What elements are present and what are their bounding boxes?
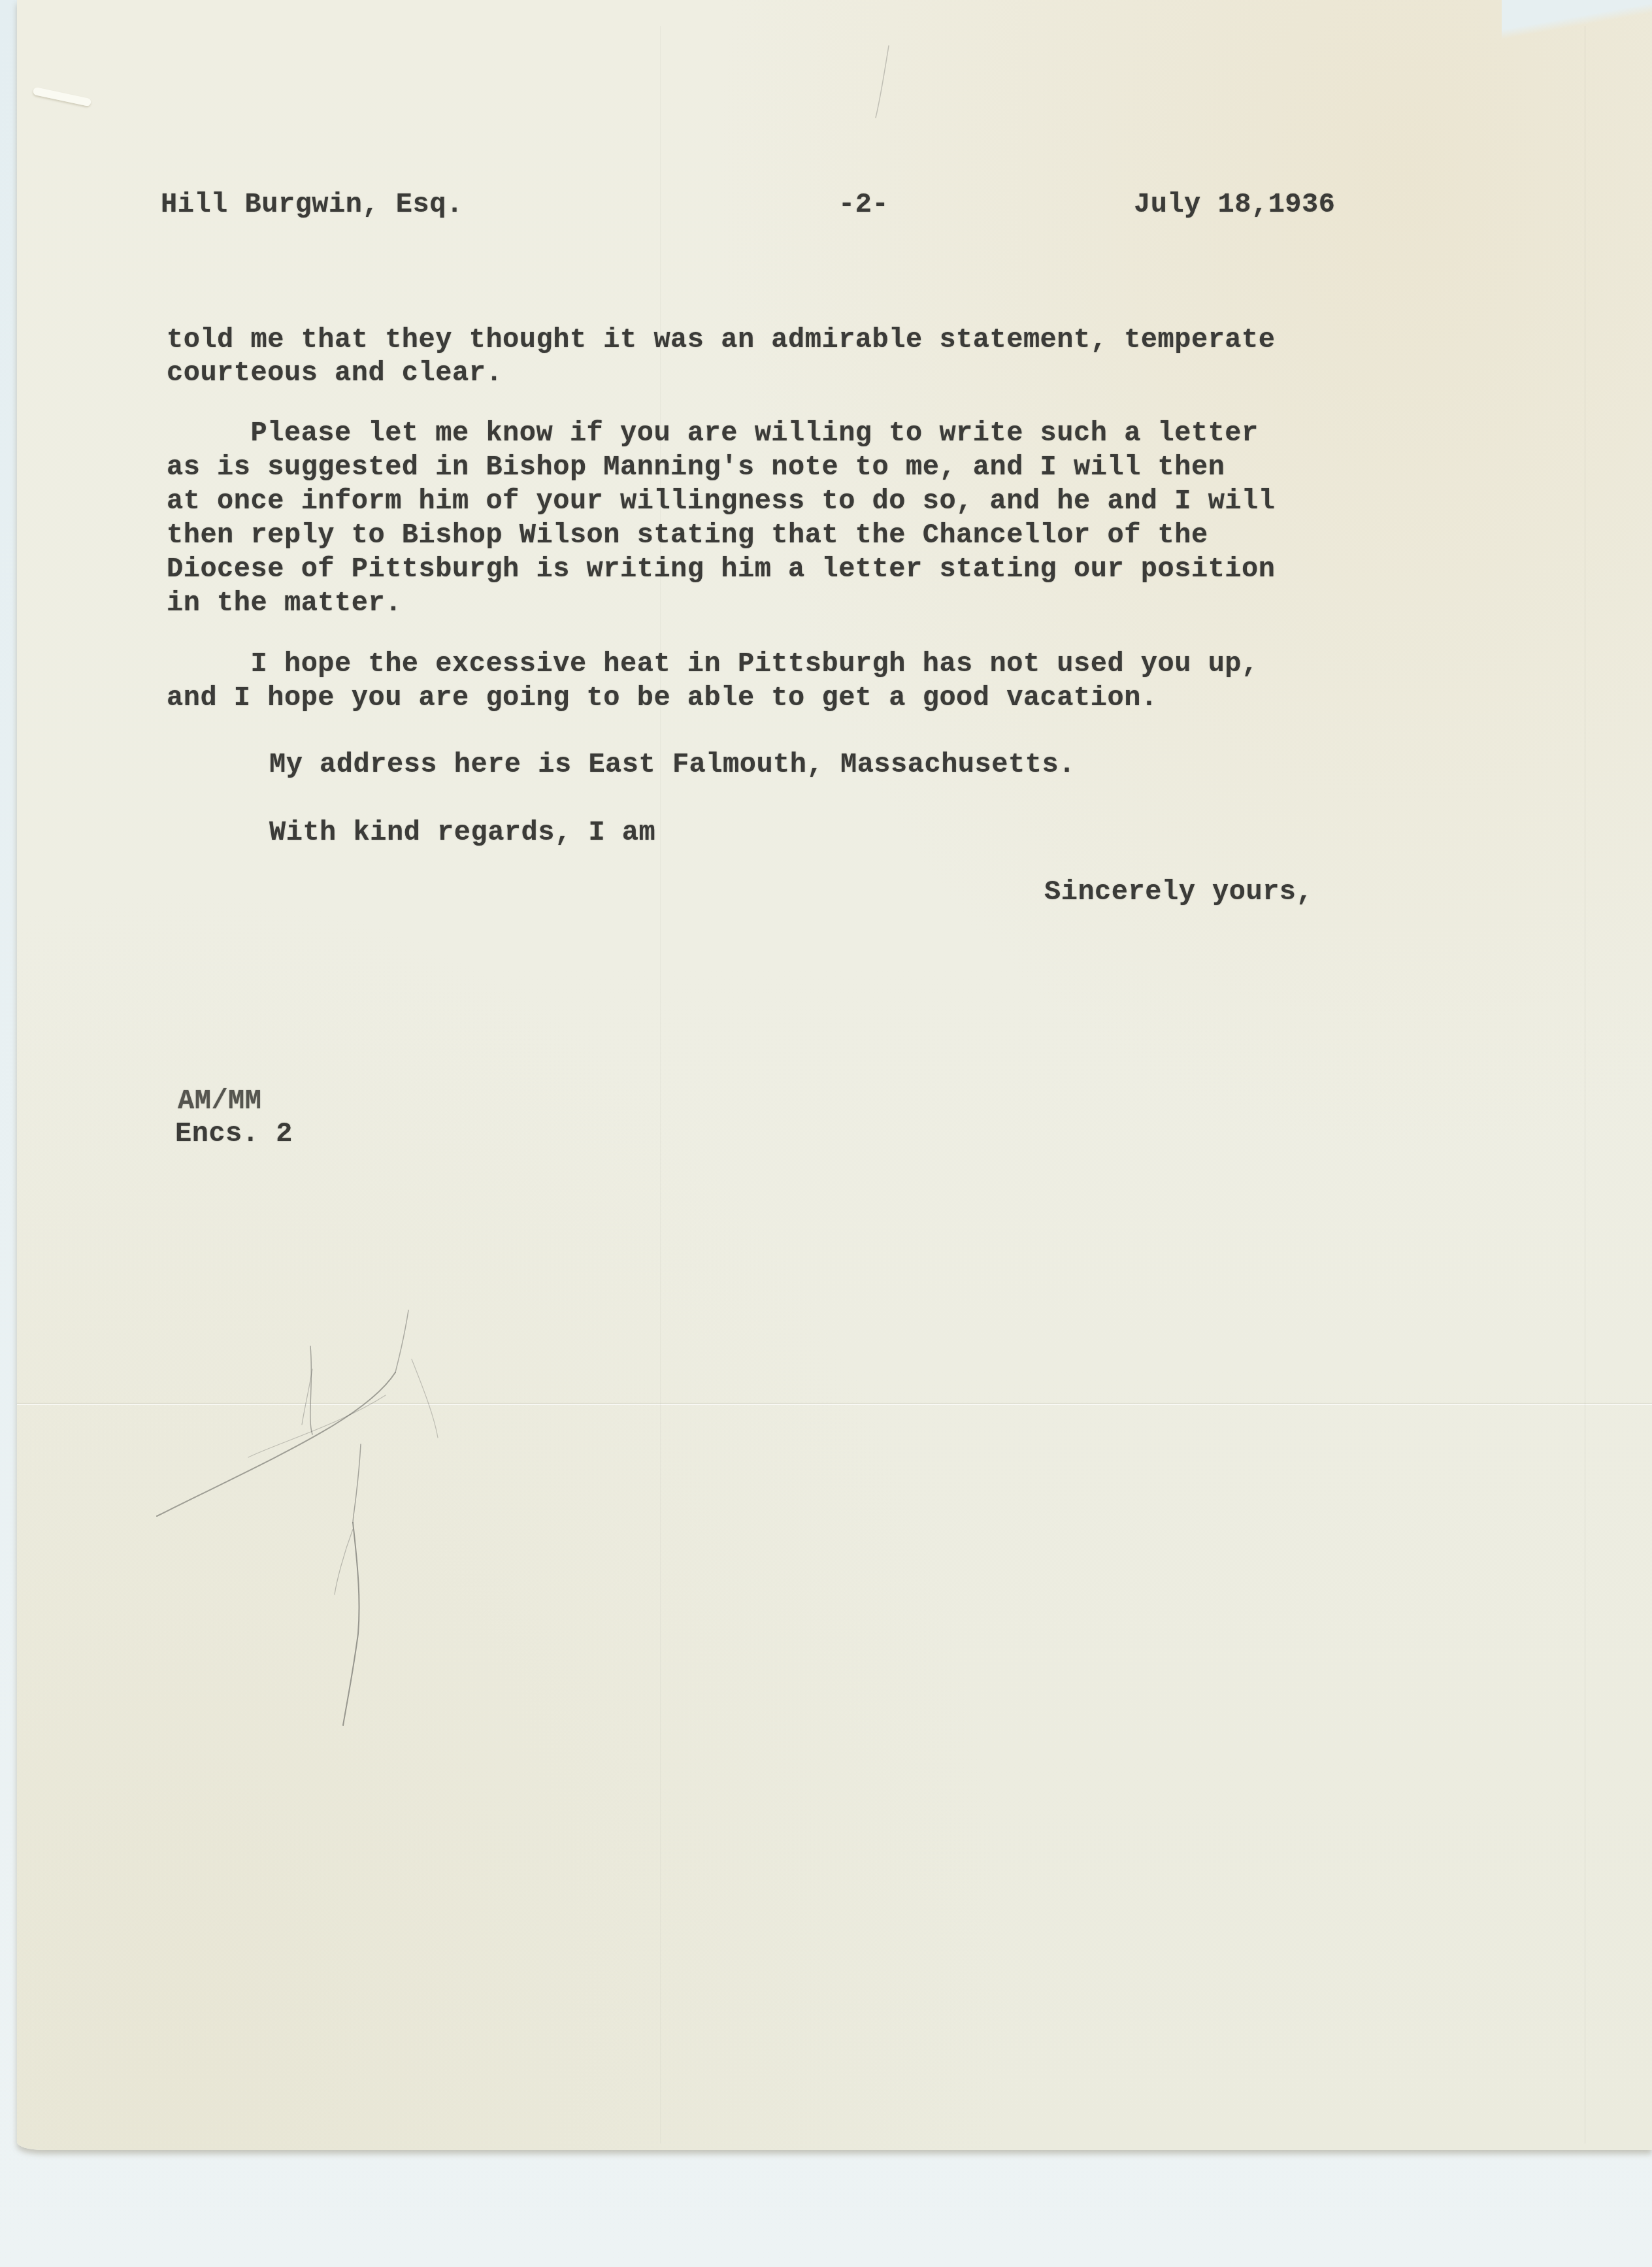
vertical-crease (1585, 26, 1585, 2143)
letter-date: July 18,1936 (1134, 190, 1335, 220)
horizontal-fold-crease (17, 1404, 1652, 1405)
body-line: Please let me know if you are willing to… (167, 418, 1259, 448)
body-line: Diocese of Pittsburgh is writing him a l… (167, 554, 1275, 584)
regards-line: With kind regards, I am (269, 818, 655, 848)
body-line: courteous and clear. (167, 358, 503, 388)
letter-page (17, 0, 1652, 2150)
body-line: as is suggested in Bishop Manning's note… (167, 452, 1225, 482)
typist-initials: AM/MM (178, 1086, 262, 1116)
body-line: then reply to Bishop Wilson stating that… (167, 520, 1208, 550)
body-line: at once inform him of your willingness t… (167, 486, 1275, 516)
closing-salutation: Sincerely yours, (1044, 877, 1313, 907)
address-line: My address here is East Falmouth, Massac… (269, 750, 1076, 780)
body-line: and I hope you are going to be able to g… (167, 683, 1158, 713)
enclosures-note: Encs. 2 (175, 1119, 293, 1149)
recipient-name: Hill Burgwin, Esq. (161, 190, 463, 220)
body-line: told me that they thought it was an admi… (167, 325, 1275, 355)
body-line: in the matter. (167, 588, 402, 618)
body-line: I hope the excessive heat in Pittsburgh … (167, 649, 1259, 679)
paper-corner-curl (1502, 0, 1652, 39)
page-number: -2- (838, 190, 889, 220)
